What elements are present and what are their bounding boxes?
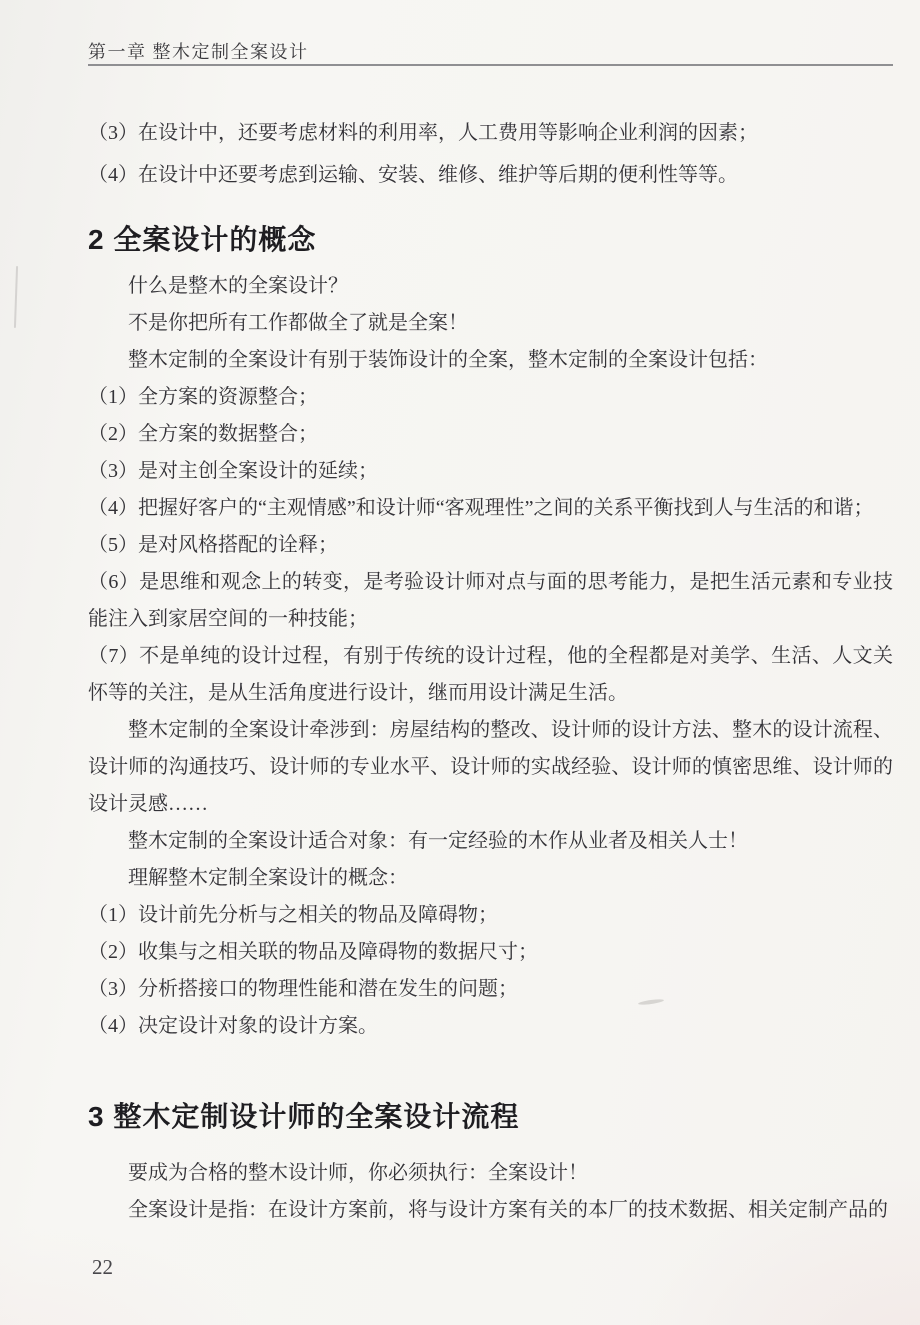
chapter-header: 第一章 整木定制全案设计 [88, 41, 893, 63]
body-paragraph: （5）是对风格搭配的诠释； [88, 527, 893, 564]
body-paragraph: （7）不是单纯的设计过程，有别于传统的设计过程，他的全程都是对美学、生活、人文关… [88, 638, 893, 712]
scan-artifact-scratch [14, 266, 18, 328]
body-paragraph: 整木定制的全案设计适合对象：有一定经验的木作从业者及相关人士！ [88, 823, 893, 860]
page-number: 22 [92, 1255, 113, 1280]
body-paragraph: （4）在设计中还要考虑到运输、安装、维修、维护等后期的便利性等等。 [88, 154, 893, 196]
body-paragraph: （2）收集与之相关联的物品及障碍物的数据尺寸； [88, 934, 893, 971]
body-paragraph: 不是你把所有工作都做全了就是全案！ [88, 305, 893, 342]
body-paragraph: （1）全方案的资源整合； [88, 379, 893, 416]
body-paragraph: 整木定制的全案设计有别于装饰设计的全案，整木定制的全案设计包括： [88, 342, 893, 379]
body-paragraph: （2）全方案的数据整合； [88, 416, 893, 453]
body-paragraph: （1）设计前先分析与之相关的物品及障碍物； [88, 897, 893, 934]
body-paragraph: （6）是思维和观念上的转变，是考验设计师对点与面的思考能力，是把生活元素和专业技… [88, 564, 893, 638]
body-paragraph: （3）是对主创全案设计的延续； [88, 453, 893, 490]
scanned-book-page: 第一章 整木定制全案设计 （3）在设计中，还要考虑材料的利用率，人工费用等影响企… [0, 0, 920, 1325]
body-paragraph: 全案设计是指：在设计方案前，将与设计方案有关的本厂的技术数据、相关定制产品的 [88, 1192, 893, 1229]
body-paragraph: 理解整木定制全案设计的概念： [88, 860, 893, 897]
body-paragraph: 整木定制的全案设计牵涉到：房屋结构的整改、设计师的设计方法、整木的设计流程、设计… [88, 712, 893, 823]
body-paragraph: （4）决定设计对象的设计方案。 [88, 1008, 893, 1045]
body-paragraph: （3）在设计中，还要考虑材料的利用率，人工费用等影响企业利润的因素； [88, 112, 893, 154]
body-paragraph: （3）分析搭接口的物理性能和潜在发生的问题； [88, 971, 893, 1008]
header-rule [88, 64, 893, 66]
body-paragraph: 什么是整木的全案设计？ [88, 268, 893, 305]
document-body: （3）在设计中，还要考虑材料的利用率，人工费用等影响企业利润的因素；（4）在设计… [88, 112, 893, 1229]
section-heading: 3 整木定制设计师的全案设计流程 [88, 1099, 893, 1135]
body-paragraph: 要成为合格的整木设计师，你必须执行：全案设计！ [88, 1155, 893, 1192]
body-paragraph: （4）把握好客户的“主观情感”和设计师“客观理性”之间的关系平衡找到人与生活的和… [88, 490, 893, 527]
section-heading: 2 全案设计的概念 [88, 222, 893, 258]
